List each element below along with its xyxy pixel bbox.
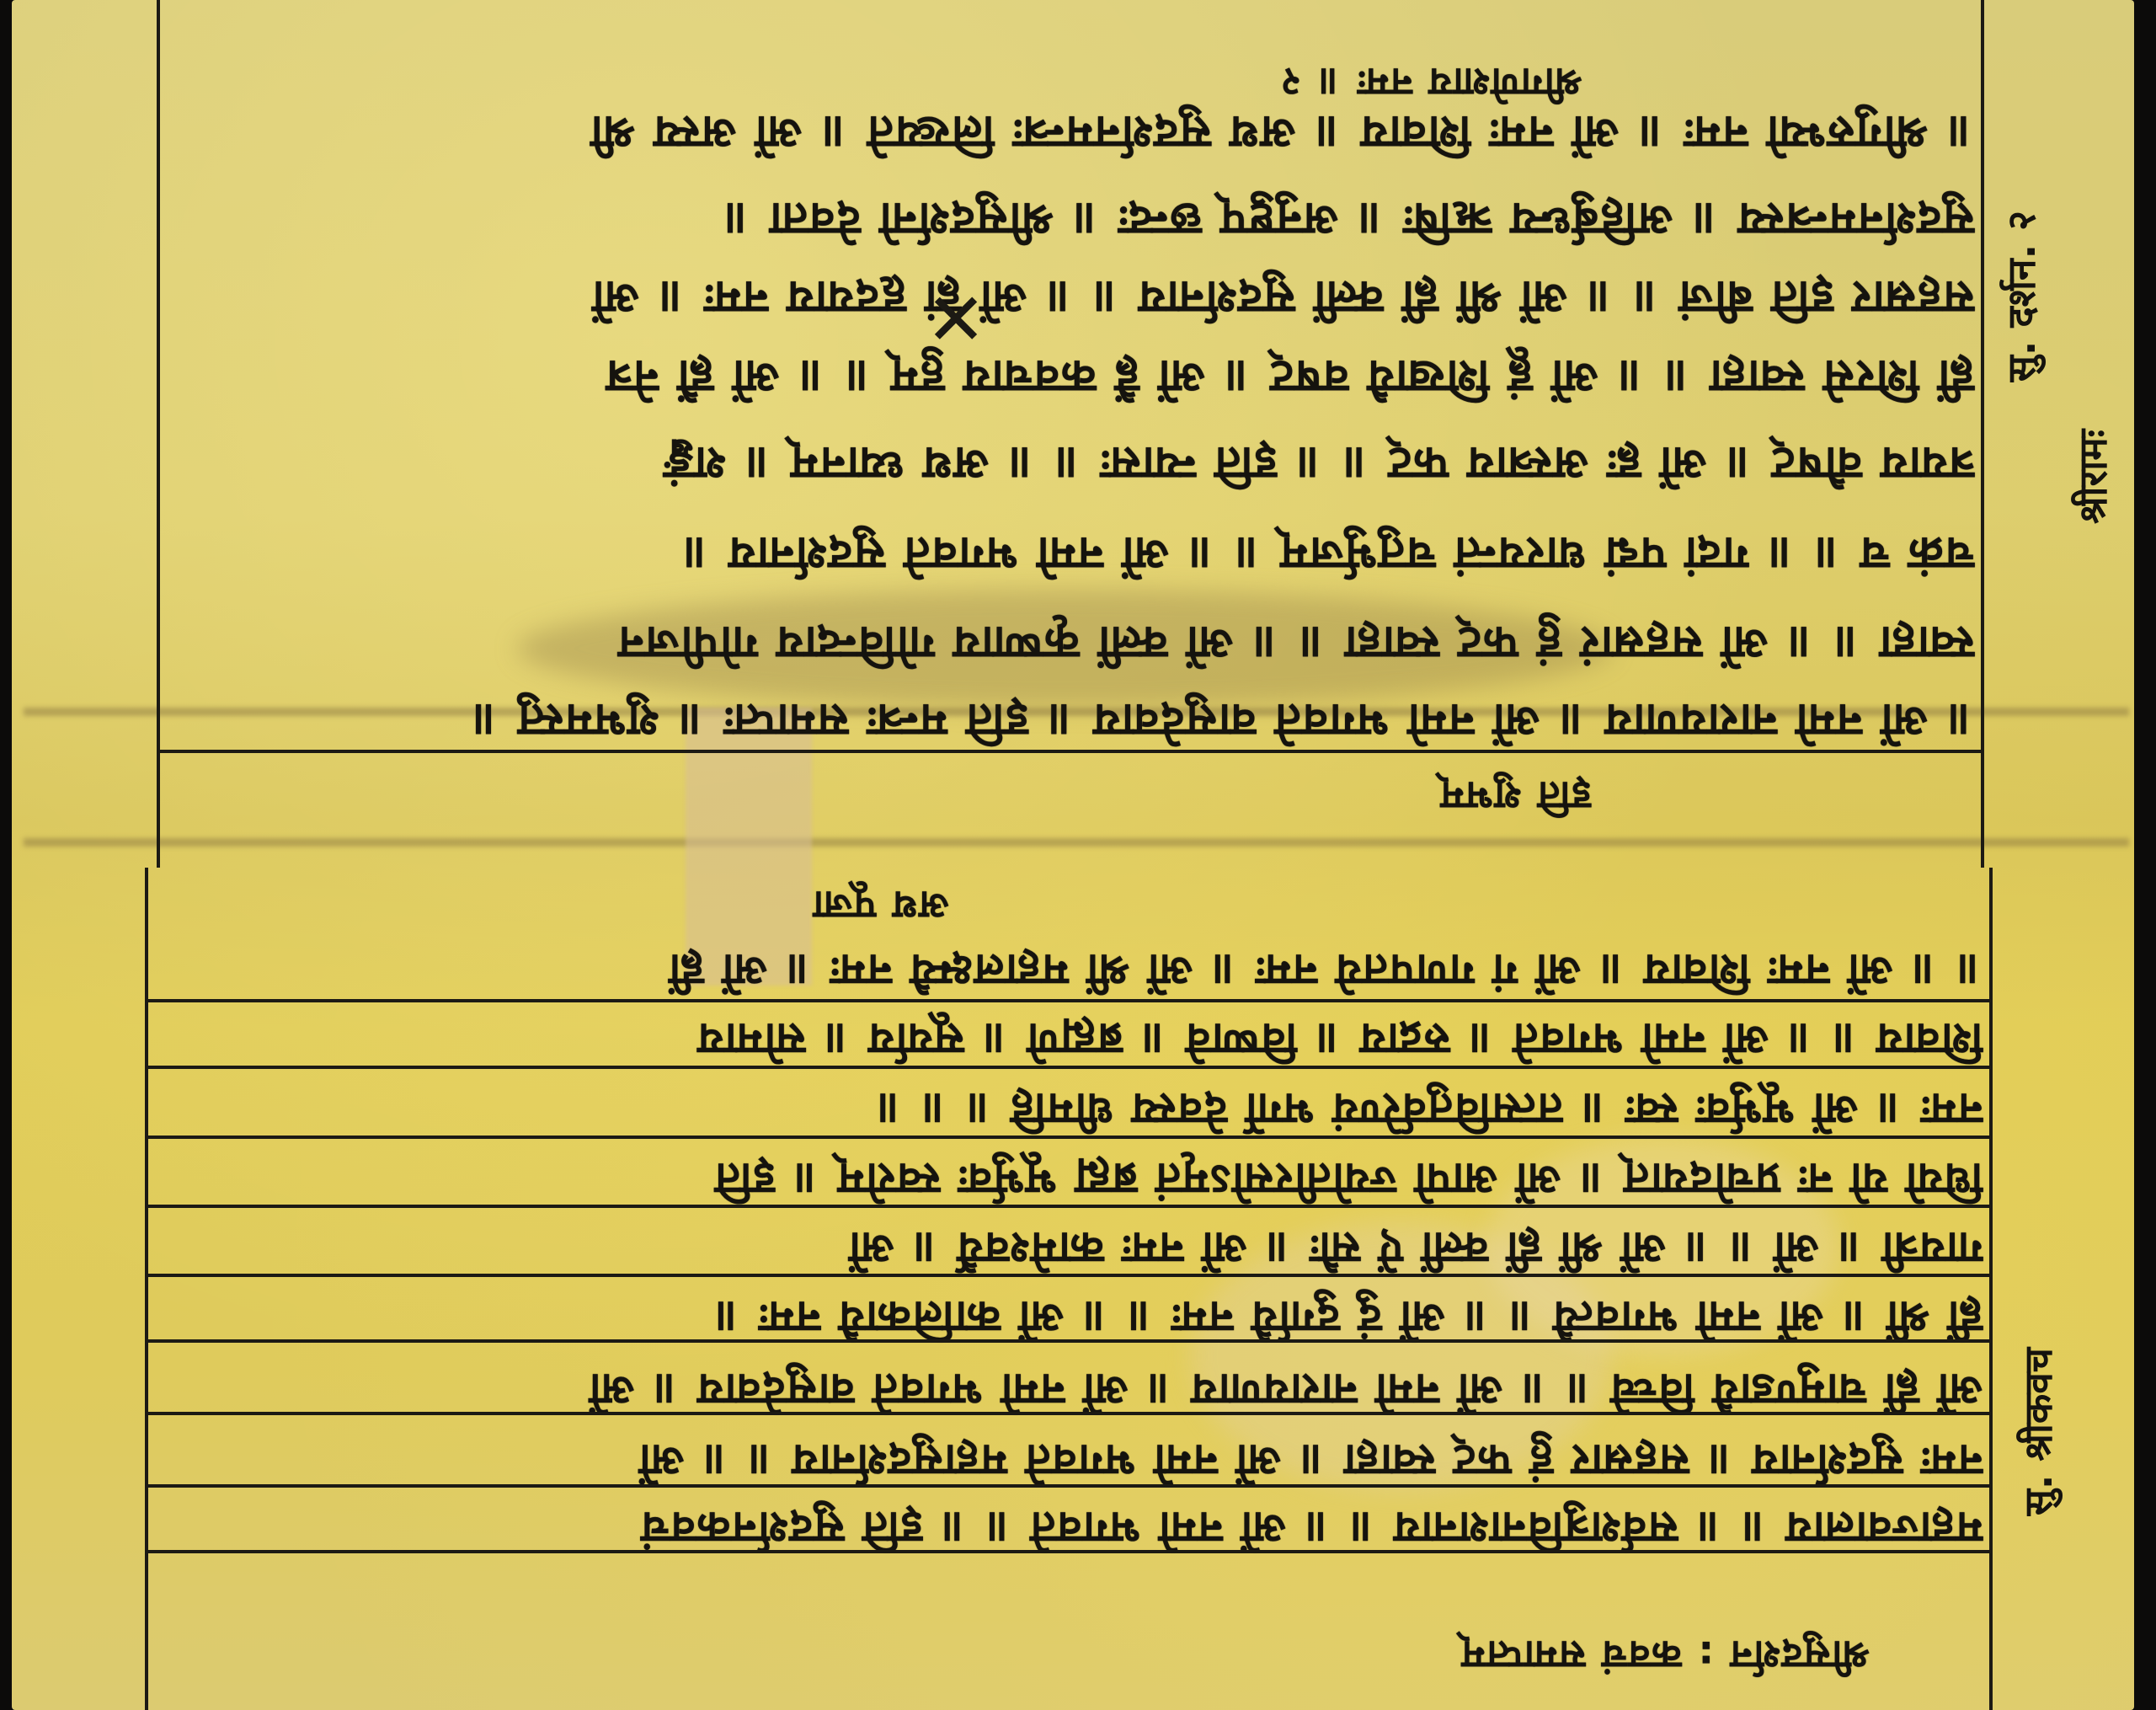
top-text-line: ॥ श्रीगुरुभ्यो नमः ॥ ओं नमः शिवाय ॥ अथ स… xyxy=(172,103,1974,162)
bottom-text-line: ओं ह्रीं चामुण्डायै विच्चे ॥ ॥ ओं नमो ना… xyxy=(159,1361,1983,1417)
bottom-text-line: धियो यो नः प्रचोदयात् ॥ ओं आपो ज्योतीरसो… xyxy=(159,1151,1983,1206)
top-text-line: सहस्रार इति बीजं ॥ ॥ ओं श्रीं ह्रीं क्ली… xyxy=(172,268,1974,327)
right-margin-rule xyxy=(1981,0,1984,868)
bottom-text-line: ॥ ॥ ओं नमः शिवाय ॥ ओं गं गणपतये नमः ॥ ओं… xyxy=(159,942,1983,997)
fold-crease xyxy=(24,838,2129,847)
top-text-line: चक्रं च ॥ ॥ गदां पद्मं धारयन्तं चतुर्भुज… xyxy=(172,524,1974,583)
bottom-text-line: नमः सुदर्शनाय ॥ सहस्रार हुं फट् स्वाहा ॥… xyxy=(159,1432,1983,1488)
top-text-line: ह्रीं शिरसे स्वाहा ॥ ॥ ओं ह्रूं शिखायै व… xyxy=(172,347,1974,406)
left-margin-rule xyxy=(145,868,148,1710)
text-rule xyxy=(145,1274,1989,1277)
left-margin-rule xyxy=(157,0,160,868)
top-text-line: सुदर्शनमन्त्रस्य ॥ अहिर्बुध्न्य ऋषिः ॥ अ… xyxy=(172,190,1974,248)
text-rule xyxy=(145,1550,1989,1553)
right-margin-rule xyxy=(1989,868,1993,1710)
text-rule xyxy=(157,750,1984,753)
bottom-text-line: ह्रीं श्रीं ॥ ओं नमो भगवत्यै ॥ ॥ ओं दुं … xyxy=(159,1289,1983,1344)
bottom-text-line: महाज्वालाय ॥ ॥ सर्वशत्रुविनाशनाय ॥ ॥ ओं … xyxy=(159,1499,1983,1555)
header-note: श्रीगणेशाय नमः ॥ २ xyxy=(1279,57,1582,110)
margin-note-upper-outer: श्रीरामः xyxy=(2067,430,2119,524)
text-rule xyxy=(145,1205,1989,1208)
bottom-text-line: गायत्री ॥ ओं ॥ ॥ ओं श्रीं ह्रीं क्लीं ऐं… xyxy=(159,1220,1983,1275)
text-rule xyxy=(145,1066,1989,1069)
footer-note: श्रीसुदर्शन : कवचं समाप्तम् xyxy=(1460,1630,1870,1682)
text-rule xyxy=(145,1339,1989,1343)
cross-mark: ✕ xyxy=(926,278,986,362)
text-rule xyxy=(145,1484,1989,1488)
top-text-line: स्वाहा ॥ ॥ ओं सहस्रारं हुं फट् स्वाहा ॥ … xyxy=(172,613,1974,672)
text-rule xyxy=(145,1136,1989,1139)
text-rule xyxy=(145,1412,1989,1415)
center-note-lower: अथ पूजा xyxy=(812,880,949,932)
text-rule xyxy=(145,999,1989,1002)
margin-note-upper-inner: सु. दर्शन. २ xyxy=(1995,211,2047,382)
bottom-text-line: नमः ॥ ओं भूर्भुवः स्वः ॥ तत्सवितुर्वरेण्… xyxy=(159,1081,1983,1136)
bottom-text-line: शिवाय ॥ ॥ ओं नमो भगवते ॥ रुद्राय ॥ विष्ण… xyxy=(159,1011,1983,1066)
manuscript-folio: श्रीगणेशाय नमः ॥ २ ॥ श्रीगुरुभ्यो नमः ॥ … xyxy=(12,0,2134,1710)
top-text-line: ॥ ओं नमो नारायणाय ॥ ओं नमो भगवते वासुदेव… xyxy=(172,691,1974,750)
top-text-line: त्रयाय वौषट् ॥ ओं ह्रः अस्त्राय फट् ॥ ॥ … xyxy=(172,434,1974,493)
center-note-upper: इति शुभम् xyxy=(1439,771,1591,823)
margin-note-lower-inner: सु. श्रीकवच xyxy=(2012,1348,2064,1515)
